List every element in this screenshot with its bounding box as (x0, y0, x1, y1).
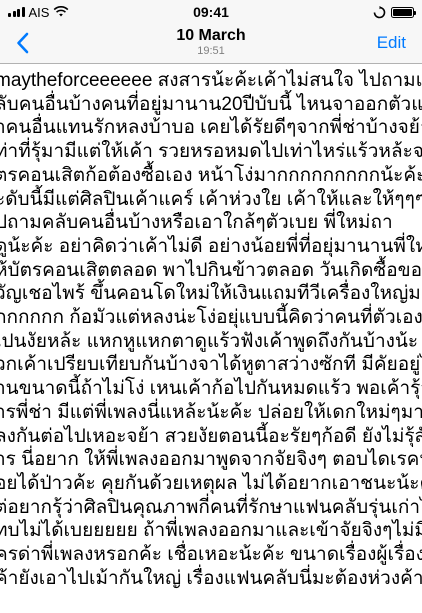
note-line: วกเค้าเปรียบเทียบกันบ้างจาได้หูตาสว่างซั… (0, 353, 422, 377)
signal-strength-icon (8, 7, 25, 17)
note-line: ครด่าพี่เพลงหรอกค้ะ เชื่อเหอะน้ะค้ะ ขนาด… (0, 543, 422, 567)
note-line: ลงกันต่อไปเหอะจย้า สวยงัยตอนนี้อะรัยๆก้อ… (0, 425, 422, 449)
rotation-lock-icon (373, 6, 386, 19)
nav-bar: 10 March 19:51 Edit (0, 22, 422, 64)
note-line: ะดับนี้มีแต่ศิลปินเค้าแคร์ เค้าห่วงใย เค… (0, 188, 422, 212)
note-line: ปถามคลับคนอื่นบ้างหรือเอาใกล้ๆตัวเบย พี่… (0, 211, 422, 235)
note-line: านขนาดนี้ถ้าไม่โง่ เหนเค้าก้อไปกันหมดแร้… (0, 377, 422, 401)
note-line: ่อยได้ป่าวค้ะ คุยกันด้วยเหตุผล ไม่ได้อยา… (0, 472, 422, 496)
edit-button[interactable]: Edit (377, 33, 406, 53)
status-bar: AIS 09:41 (0, 0, 422, 22)
note-line: ดูน้ะค้ะ อย่าคิดว่าเค้าไม่ดี อย่างน้อยพี… (0, 235, 422, 259)
note-line: ท่าที่รุ้มามีแต่ให้เค้า รวยหรอหมดไปเท่าไ… (0, 140, 422, 164)
note-line: maytheforceeeeee สงสารน้ะค้ะเค้าไม่สนใจ … (0, 69, 422, 93)
note-line: ห้บัตรคอนเสิตตลอด พาไปกินข้าวตลอด วันเกิ… (0, 259, 422, 283)
note-line: าคนอื่นแทนรักหลงบ้าบอ เคยได้รัยดีๆจากพี่… (0, 116, 422, 140)
note-line: ต่อยากรุ้ว่าศิลปินคุณภาพกี่คนที่รักษาแฟน… (0, 496, 422, 520)
page-subtitle: 19:51 (197, 45, 225, 58)
note-line: กกกกกก ก้อมัวแต่หลงน่ะโง่อยุ่แบบนี้คิดว่… (0, 306, 422, 330)
clock-label: 09:41 (138, 4, 284, 20)
note-line: ารพี่ช่า มีแต่พี่เพลงนี่แหล้ะน้ะค้ะ ปล่อ… (0, 401, 422, 425)
battery-icon (391, 7, 414, 18)
note-line: ค้ายังเอาไปเม้ากันใหญ่ เรื่องแฟนคลับนี่ม… (0, 567, 422, 591)
note-line: ลับคนอื่นบ้างคนที่อยู่มานาน20ปีบับนี้ ไห… (0, 93, 422, 117)
note-line: ัตรคอนเสิตก้อต้องซื้อเอง หน้าโง่มากกกกกก… (0, 164, 422, 188)
chevron-left-icon (16, 32, 29, 54)
phone-screen: AIS 09:41 10 March 19 (0, 0, 422, 613)
note-line: วัญเชอไพร้ ขึ้นคอนโดใหม่ให้เงินแถมทีวีเค… (0, 282, 422, 306)
wifi-icon (53, 6, 69, 18)
back-button[interactable] (16, 32, 29, 54)
note-line: าร นี่อยาก ให้พี่เพลงออกมาพูดจากจัยจิงๆ … (0, 448, 422, 472)
note-body[interactable]: maytheforceeeeee สงสารน้ะค้ะเค้าไม่สนใจ … (0, 64, 422, 613)
page-title: 10 March (176, 27, 245, 45)
carrier-label: AIS (29, 5, 50, 20)
note-line: เปนงัยหล้ะ แหกหูแหกตาดูแร้วฟังเค้าพูดถึง… (0, 330, 422, 354)
note-line: ทบไม่ได้เบยยยยย ถ้าพี่เพลงออกมาและเข้าจั… (0, 519, 422, 543)
